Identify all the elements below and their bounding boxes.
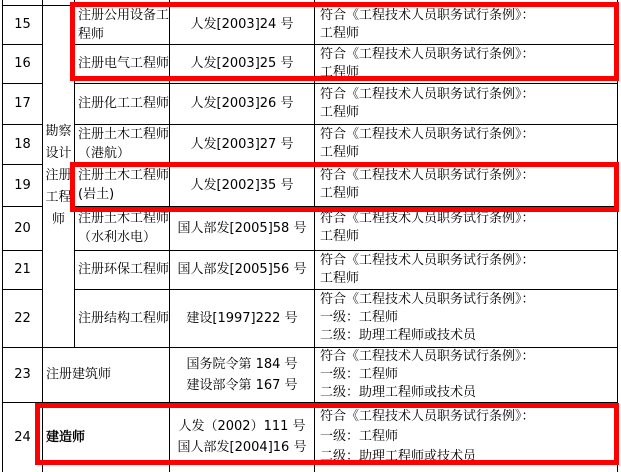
requirement-line: 工程师 [320,270,617,288]
row-number-cell: 16 [3,44,43,83]
requirement-line: 符合《工程技术人员职务试行条例》： [320,86,617,104]
doc-line: 国人部发[2005]58 号 [170,218,314,239]
requirement-cell: 符合《工程技术人员职务试行条例》： 一级：工程师 二级：助理工程师或技术员 [315,347,618,402]
requirement-line: 二级：助理工程师或技术员 [320,327,617,345]
requirement-cell: 符合《工程技术人员职务试行条例》： 一级：工程师 二级：助理工程师或技术员 [315,402,618,472]
doc-line: 人发[2002]35 号 [170,175,314,196]
doc-number-cell: 国人部发[2005]58 号 [170,206,315,250]
cert-name-cell: 注册土木工程师(岩土) [75,164,170,206]
table-row: 15 勘察设计注册工程师 注册公用设备工程师 人发[2003]24 号 符合《工… [3,5,618,44]
cert-name-cell: 注册化工工程师 [75,83,170,124]
row-number-cell: 23 [3,347,43,402]
row-number-cell: 18 [3,124,43,164]
table-row: 19 注册土木工程师(岩土) 人发[2002]35 号 符合《工程技术人员职务试… [3,164,618,206]
doc-number-cell: 人发[2003]26 号 [170,83,315,124]
requirement-line: 工程师 [320,64,617,82]
requirement-cell: 符合《工程技术人员职务试行条例》： 工程师 [315,83,618,124]
requirement-line: 符合《工程技术人员职务试行条例》： [320,46,617,64]
requirement-cell: 符合《工程技术人员职务试行条例》： 工程师 [315,164,618,206]
requirement-cell: 符合《工程技术人员职务试行条例》： 工程师 [315,5,618,44]
category-vertical-label: 勘察设计注册工程师 [45,121,73,231]
requirement-line: 工程师 [320,144,617,162]
requirement-line: 工程师 [320,185,617,203]
doc-line: 建设[1997]222 号 [170,308,314,329]
requirement-line: 一级：工程师 [320,427,617,447]
table-row: 20 注册土木工程师（水利水电） 国人部发[2005]58 号 符合《工程技术人… [3,206,618,250]
table-row: 23 注册建筑师 国务院令第 184 号 建设部令第 167 号 符合《工程技术… [3,347,618,402]
table-row: 24 建造师 人发（2002）111 号 国人部发[2004]16 号 符合《工… [3,402,618,472]
requirement-line: 符合《工程技术人员职务试行条例》： [320,348,617,366]
requirement-line: 工程师 [320,25,617,43]
table-row: 16 注册电气工程师 人发[2003]25 号 符合《工程技术人员职务试行条例》… [3,44,618,83]
doc-line: 国人部发[2005]56 号 [170,259,314,280]
table-row: 21 注册环保工程师 国人部发[2005]56 号 符合《工程技术人员职务试行条… [3,250,618,289]
requirement-line: 符合《工程技术人员职务试行条例》： [320,407,617,427]
doc-number-cell: 建设[1997]222 号 [170,289,315,347]
requirement-cell: 符合《工程技术人员职务试行条例》： 工程师 [315,206,618,250]
doc-line: 国人部发[2004]16 号 [170,437,314,458]
doc-number-cell: 人发[2003]24 号 [170,5,315,44]
requirement-line: 一级：工程师 [320,309,617,327]
requirement-line: 符合《工程技术人员职务试行条例》： [320,167,617,185]
row-number-cell: 20 [3,206,43,250]
requirement-cell: 符合《工程技术人员职务试行条例》： 一级：工程师 二级：助理工程师或技术员 [315,289,618,347]
requirement-line: 二级：助理工程师或技术员 [320,447,617,467]
requirement-cell: 符合《工程技术人员职务试行条例》： 工程师 [315,44,618,83]
doc-line: 人发[2003]26 号 [170,93,314,114]
requirement-line: 符合《工程技术人员职务试行条例》： [320,291,617,309]
certification-table: 15 勘察设计注册工程师 注册公用设备工程师 人发[2003]24 号 符合《工… [2,0,618,472]
cert-name-cell: 注册建筑师 [43,347,170,402]
requirement-line: 工程师 [320,228,617,246]
doc-number-cell: 人发（2002）111 号 国人部发[2004]16 号 [170,402,315,472]
row-number-cell: 21 [3,250,43,289]
cert-name-cell: 注册电气工程师 [75,44,170,83]
row-number-cell: 22 [3,289,43,347]
doc-line: 人发[2003]27 号 [170,134,314,155]
requirement-line: 符合《工程技术人员职务试行条例》： [320,7,617,25]
doc-number-cell: 国务院令第 184 号 建设部令第 167 号 [170,347,315,402]
cert-name-cell: 注册土木工程师（水利水电） [75,206,170,250]
doc-number-cell: 国人部发[2005]56 号 [170,250,315,289]
requirement-line: 工程师 [320,104,617,122]
table-row: 17 注册化工工程师 人发[2003]26 号 符合《工程技术人员职务试行条例》… [3,83,618,124]
cert-name-cell: 注册环保工程师 [75,250,170,289]
table-row: 22 注册结构工程师 建设[1997]222 号 符合《工程技术人员职务试行条例… [3,289,618,347]
requirement-cell: 符合《工程技术人员职务试行条例》： 工程师 [315,250,618,289]
doc-line: 国务院令第 184 号 [170,354,314,375]
requirement-line: 二级：助理工程师或技术员 [320,384,617,402]
requirement-line: 一级：工程师 [320,366,617,384]
table-row: 18 注册土木工程师（港航） 人发[2003]27 号 符合《工程技术人员职务试… [3,124,618,164]
doc-number-cell: 人发[2003]25 号 [170,44,315,83]
row-number-cell: 17 [3,83,43,124]
doc-line: 人发（2002）111 号 [170,416,314,437]
requirement-line: 符合《工程技术人员职务试行条例》： [320,252,617,270]
requirement-line: 符合《工程技术人员职务试行条例》： [320,210,617,228]
cert-name-cell: 注册公用设备工程师 [75,5,170,44]
requirement-cell: 符合《工程技术人员职务试行条例》： 工程师 [315,124,618,164]
cert-name-cell: 注册土木工程师（港航） [75,124,170,164]
cert-name-cell: 建造师 [43,402,170,472]
row-number-cell: 15 [3,5,43,44]
doc-number-cell: 人发[2002]35 号 [170,164,315,206]
row-number-cell: 19 [3,164,43,206]
doc-line: 人发[2003]25 号 [170,53,314,74]
doc-number-cell: 人发[2003]27 号 [170,124,315,164]
row-number-cell: 24 [3,402,43,472]
cert-name-cell: 注册结构工程师 [75,289,170,347]
doc-line: 人发[2003]24 号 [170,14,314,35]
category-cell: 勘察设计注册工程师 [43,5,75,347]
doc-line: 建设部令第 167 号 [170,375,314,396]
requirement-line: 符合《工程技术人员职务试行条例》： [320,126,617,144]
